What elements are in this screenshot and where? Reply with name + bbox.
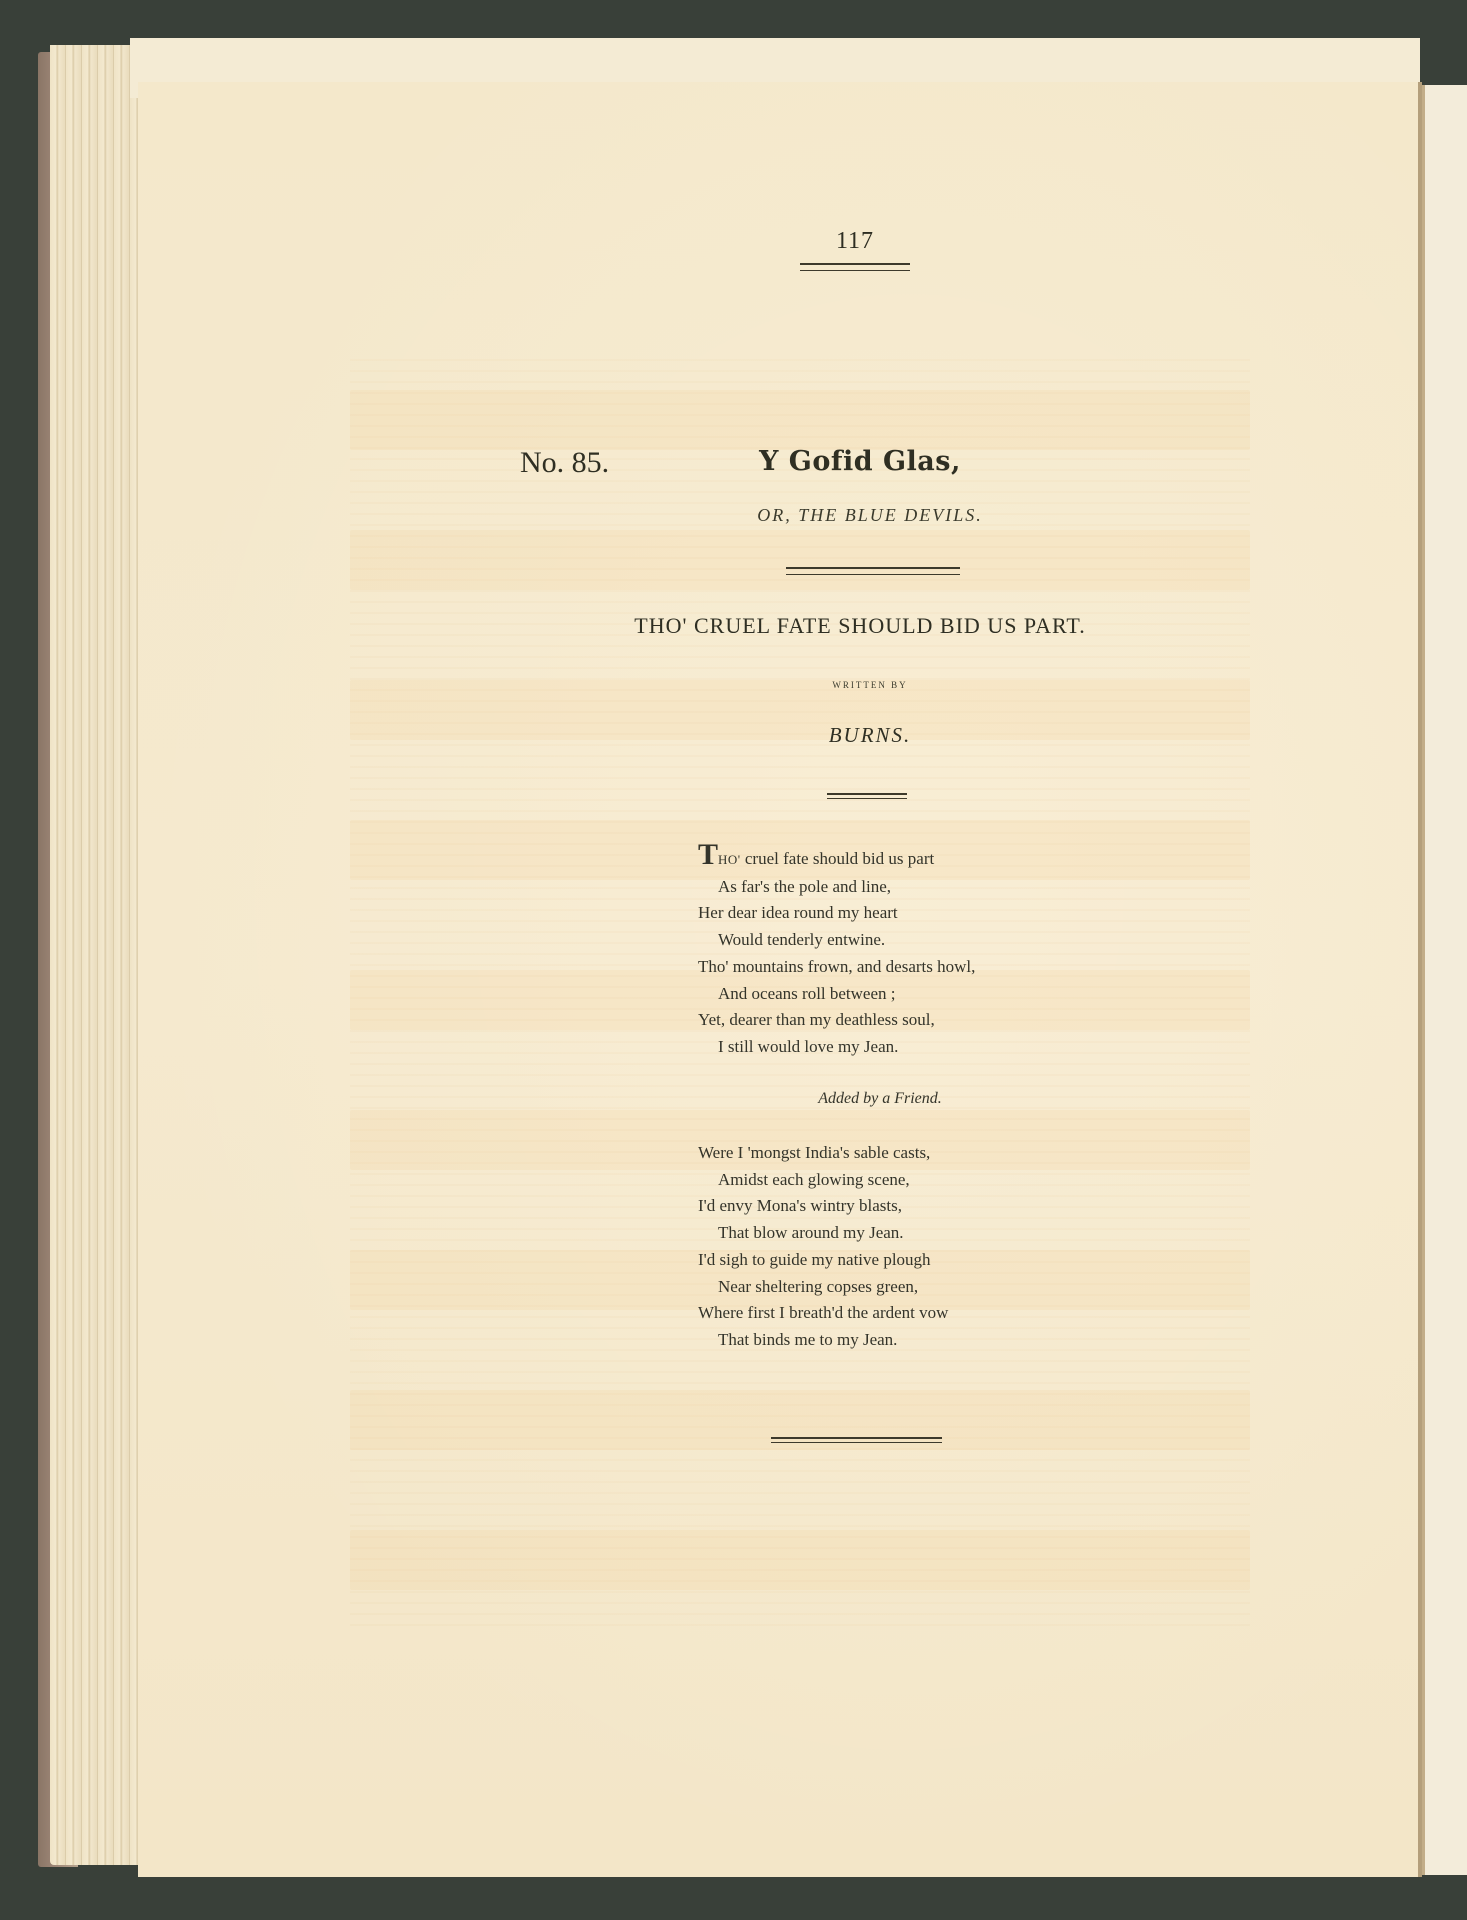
- verse-line: As far's the pole and line,: [698, 874, 975, 901]
- verse-line: Her dear idea round my heart: [698, 900, 975, 927]
- divider-rule: [827, 793, 907, 799]
- verse-line: I'd sigh to guide my native plough: [698, 1247, 948, 1274]
- verse-line: Yet, dearer than my deathless soul,: [698, 1007, 975, 1034]
- verse-line: Near sheltering copses green,: [698, 1274, 948, 1301]
- verse-line: Amidst each glowing scene,: [698, 1167, 948, 1194]
- verse-line: Where first I breath'd the ardent vow: [698, 1300, 948, 1327]
- drop-cap: T: [698, 838, 718, 871]
- song-title-welsh: Y Gofid Glas,: [720, 446, 1000, 477]
- verse-line: I'd envy Mona's wintry blasts,: [698, 1193, 948, 1220]
- verse-line: I still would love my Jean.: [698, 1034, 975, 1061]
- verse-line: Would tenderly entwine.: [698, 927, 975, 954]
- verse-line: And oceans roll between ;: [698, 981, 975, 1008]
- song-subtitle: OR, THE BLUE DEVILS.: [680, 505, 1060, 526]
- small-caps-lead: HO': [718, 852, 741, 867]
- verse-line: That binds me to my Jean.: [698, 1327, 948, 1354]
- author-name: BURNS.: [760, 723, 980, 748]
- verse-line: THO' cruel fate should bid us part: [698, 845, 975, 874]
- page-content: 117 No. 85. Y Gofid Glas, OR, THE BLUE D…: [0, 0, 1467, 1920]
- verse-line: Tho' mountains frown, and desarts howl,: [698, 954, 975, 981]
- song-heading: THO' CRUEL FATE SHOULD BID US PART.: [560, 613, 1160, 639]
- added-by-note: Added by a Friend.: [760, 1090, 1000, 1108]
- header-rule: [800, 263, 910, 271]
- page-number: 117: [800, 228, 910, 255]
- song-number: No. 85.: [520, 446, 609, 480]
- verse-2: Were I 'mongst India's sable casts, Amid…: [698, 1140, 948, 1354]
- verse-line: Were I 'mongst India's sable casts,: [698, 1140, 948, 1167]
- end-rule: [771, 1437, 942, 1443]
- verse-line: That blow around my Jean.: [698, 1220, 948, 1247]
- written-by-label: WRITTEN BY: [760, 680, 980, 690]
- divider-rule: [786, 567, 960, 575]
- verse-line-text: cruel fate should bid us part: [741, 849, 935, 868]
- verse-1: THO' cruel fate should bid us part As fa…: [698, 845, 975, 1061]
